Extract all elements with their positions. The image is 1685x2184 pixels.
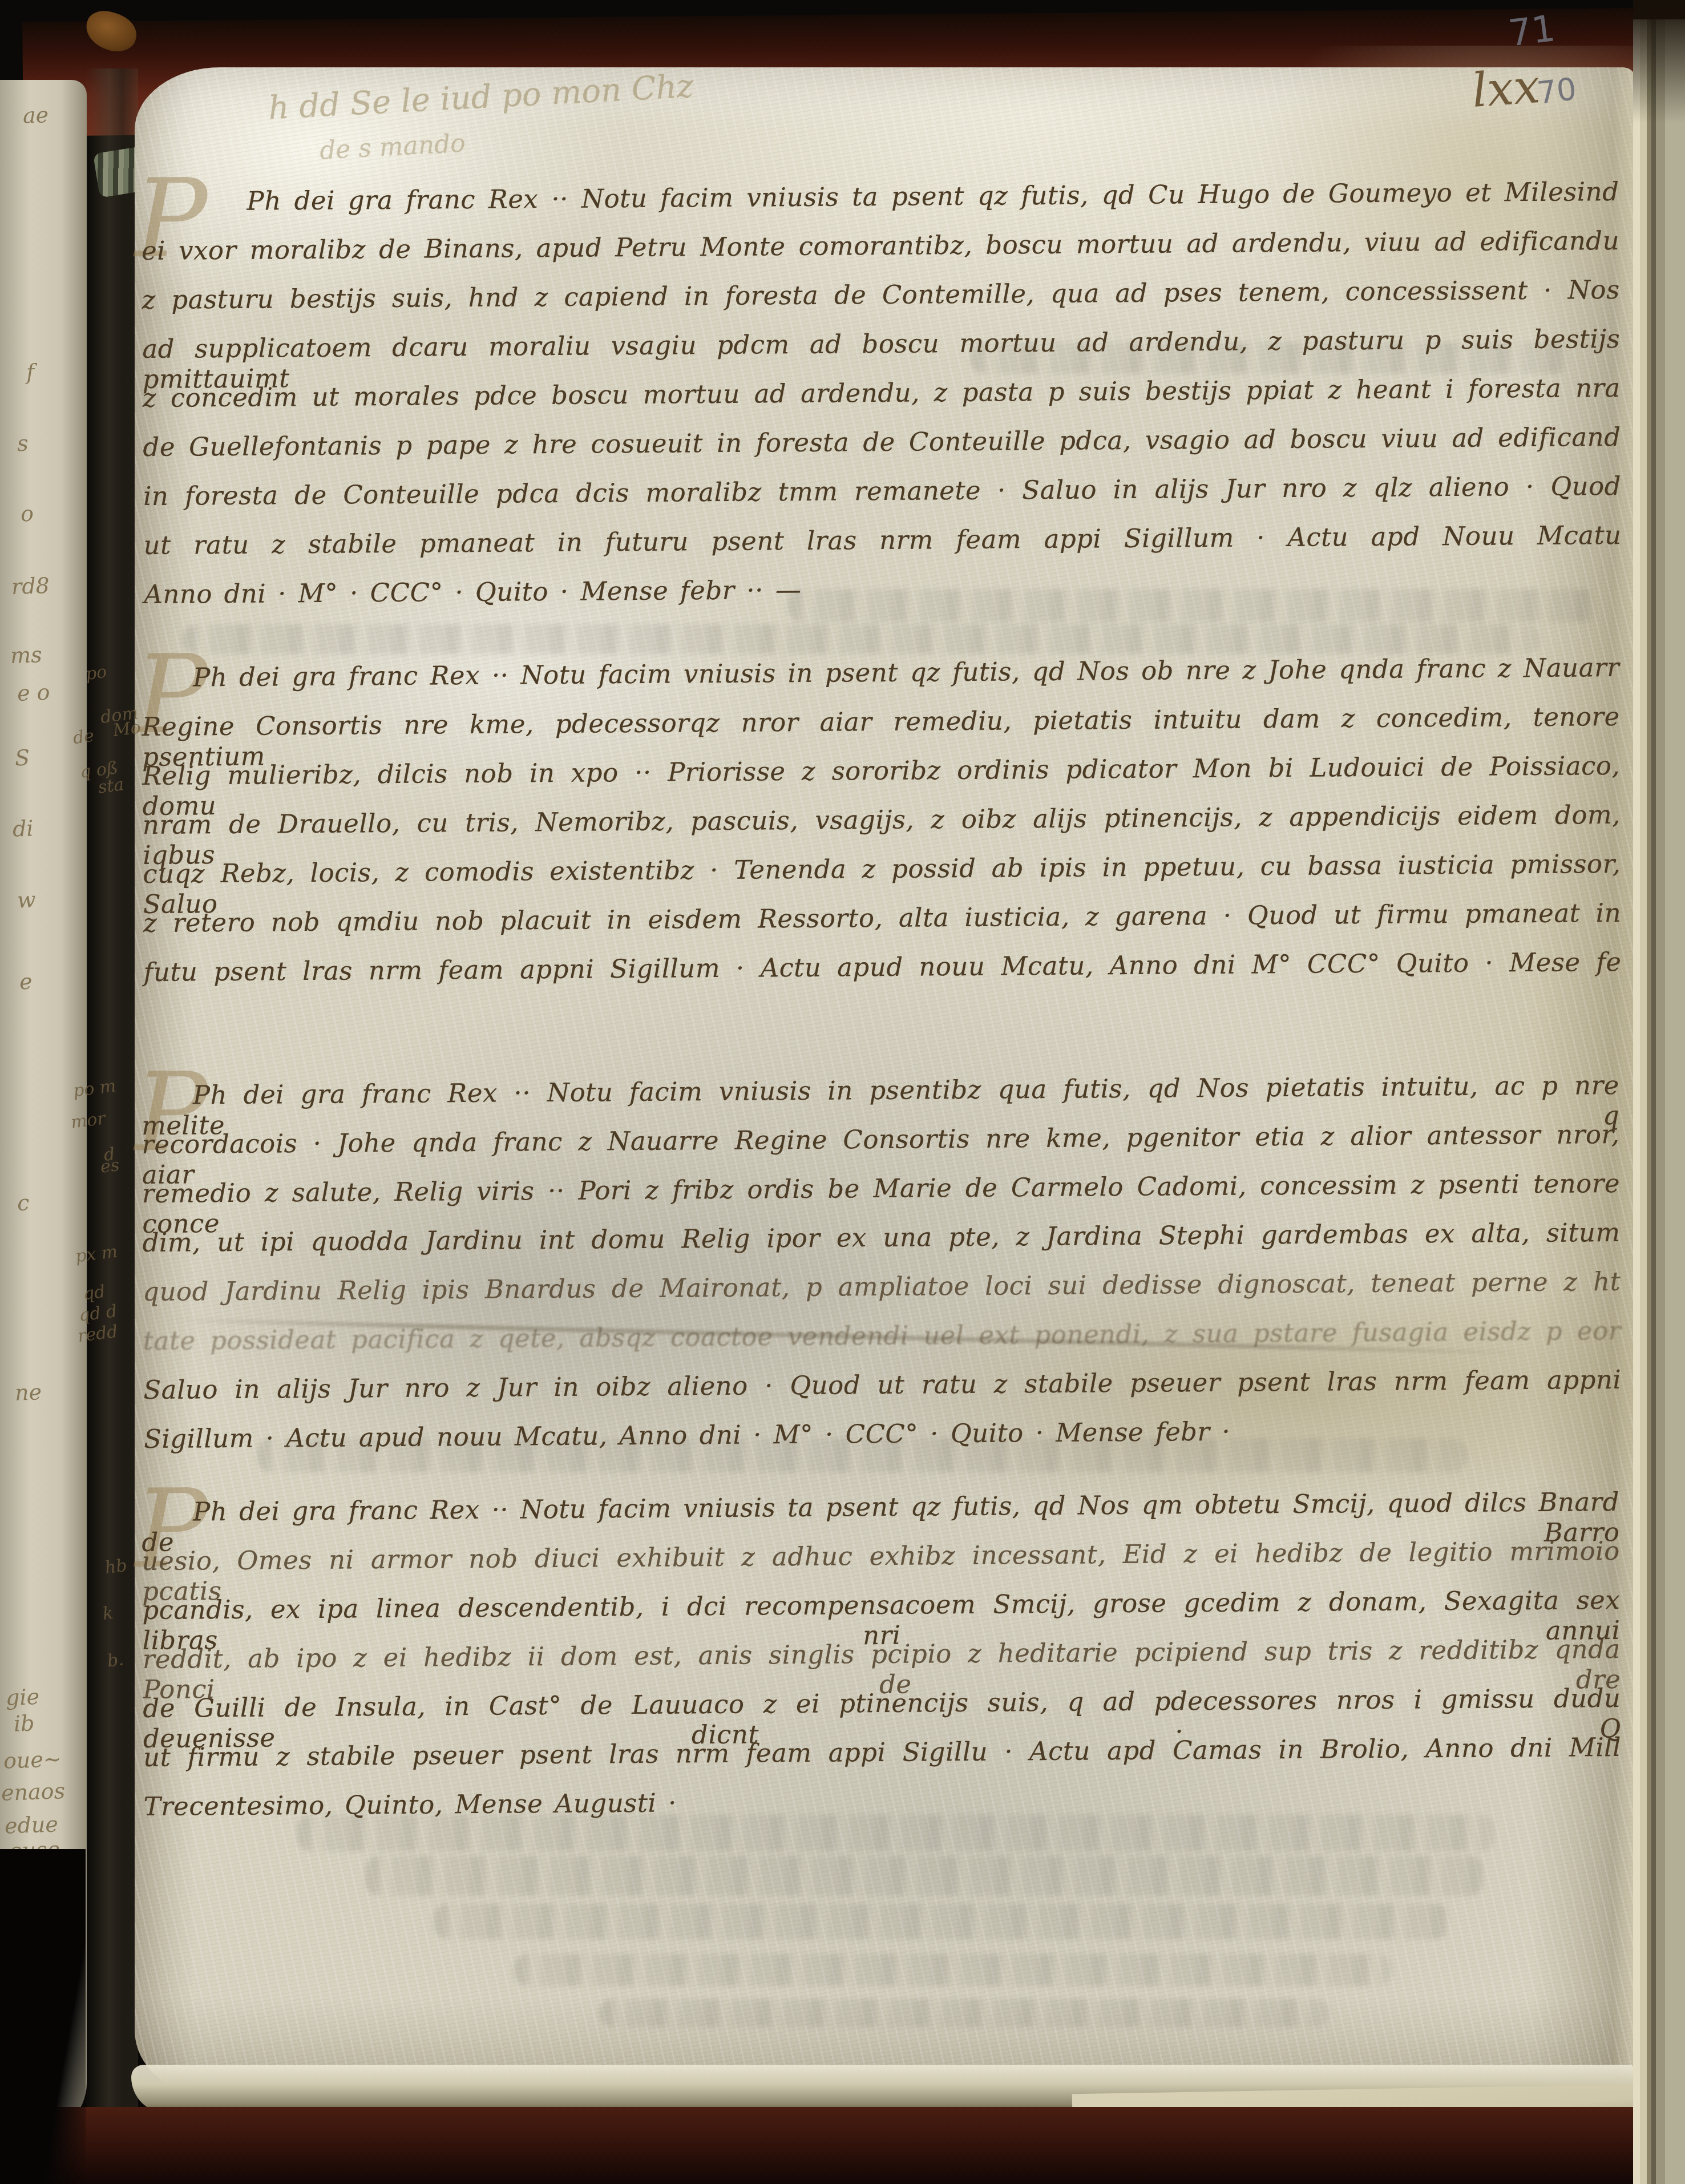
edge-text-fragment: gie xyxy=(5,1684,39,1710)
edge-text-fragment: f xyxy=(26,360,35,385)
charter-paragraph: PPh dei gra franc Rex ·· Notu facim vniu… xyxy=(142,652,1622,1006)
edge-text-fragment: di xyxy=(12,816,34,841)
edge-text-fragment: edue xyxy=(4,1811,58,1838)
charter-paragraph: PPh dei gra franc Rex ·· Notu facim vniu… xyxy=(141,176,1622,628)
edge-text-fragment: c xyxy=(17,1190,30,1216)
fore-edge-shadow xyxy=(1633,0,1685,137)
edge-text-fragment: e xyxy=(19,969,33,995)
margin-note: hb xyxy=(104,1556,128,1578)
edge-text-fragment: s xyxy=(17,431,29,457)
folio-number-pencil-top: 71 xyxy=(1506,7,1558,55)
charter-line: Trecentesimo, Quinto, Mense Augusti · xyxy=(144,1781,1622,1840)
margin-note: Mo xyxy=(112,717,142,741)
edge-text-fragment: oue~ xyxy=(3,1746,62,1774)
shadow-corner xyxy=(0,1849,86,2184)
folio-number-pencil: 70 xyxy=(1535,71,1578,111)
charter-line: futu psent lras nrm feam appni Sigillum … xyxy=(144,947,1622,1006)
manuscript-photo: 71 lxx 70 h dd Se le iud po mon Chz de s… xyxy=(0,0,1685,2184)
margin-note: es xyxy=(99,1155,120,1177)
edge-text-fragment: w xyxy=(17,887,36,913)
margin-note: sta xyxy=(97,774,125,797)
fore-edge-page-stack xyxy=(1633,19,1685,2184)
charter-line: Sigillum · Actu apud nouu Mcatu, Anno dn… xyxy=(144,1414,1622,1473)
edge-text-fragment: e o xyxy=(17,680,50,706)
edge-text-fragment: ae xyxy=(22,102,49,128)
margin-note: qd xyxy=(82,1282,106,1304)
leather-binding-bottom xyxy=(0,2107,1685,2184)
charter-line: Anno dni · M° · CCC° · Quito · Mense feb… xyxy=(144,569,1622,628)
margin-note: de xyxy=(72,726,95,748)
margin-note: po xyxy=(84,662,108,684)
charter-paragraph: PPh dei gra franc Rex ·· Notu facim vniu… xyxy=(142,1070,1622,1473)
edge-text-fragment: ms xyxy=(10,642,42,668)
edge-text-fragment: enaos xyxy=(1,1778,65,1806)
edge-text-fragment: ib xyxy=(13,1710,35,1736)
margin-note: b. xyxy=(106,1649,125,1671)
edge-text-fragment: rd8 xyxy=(11,573,50,599)
edge-text-fragment: S xyxy=(14,745,30,771)
edge-text-fragment: o xyxy=(20,501,34,527)
margin-note: mor xyxy=(70,1108,107,1132)
edge-text-fragment: ne xyxy=(14,1379,42,1406)
folio-number-roman-ink: lxx xyxy=(1470,59,1542,118)
charter-paragraph: PPh dei gra franc Rex ·· Notu facim vniu… xyxy=(142,1487,1622,1840)
gutter-shadow xyxy=(86,68,138,2146)
